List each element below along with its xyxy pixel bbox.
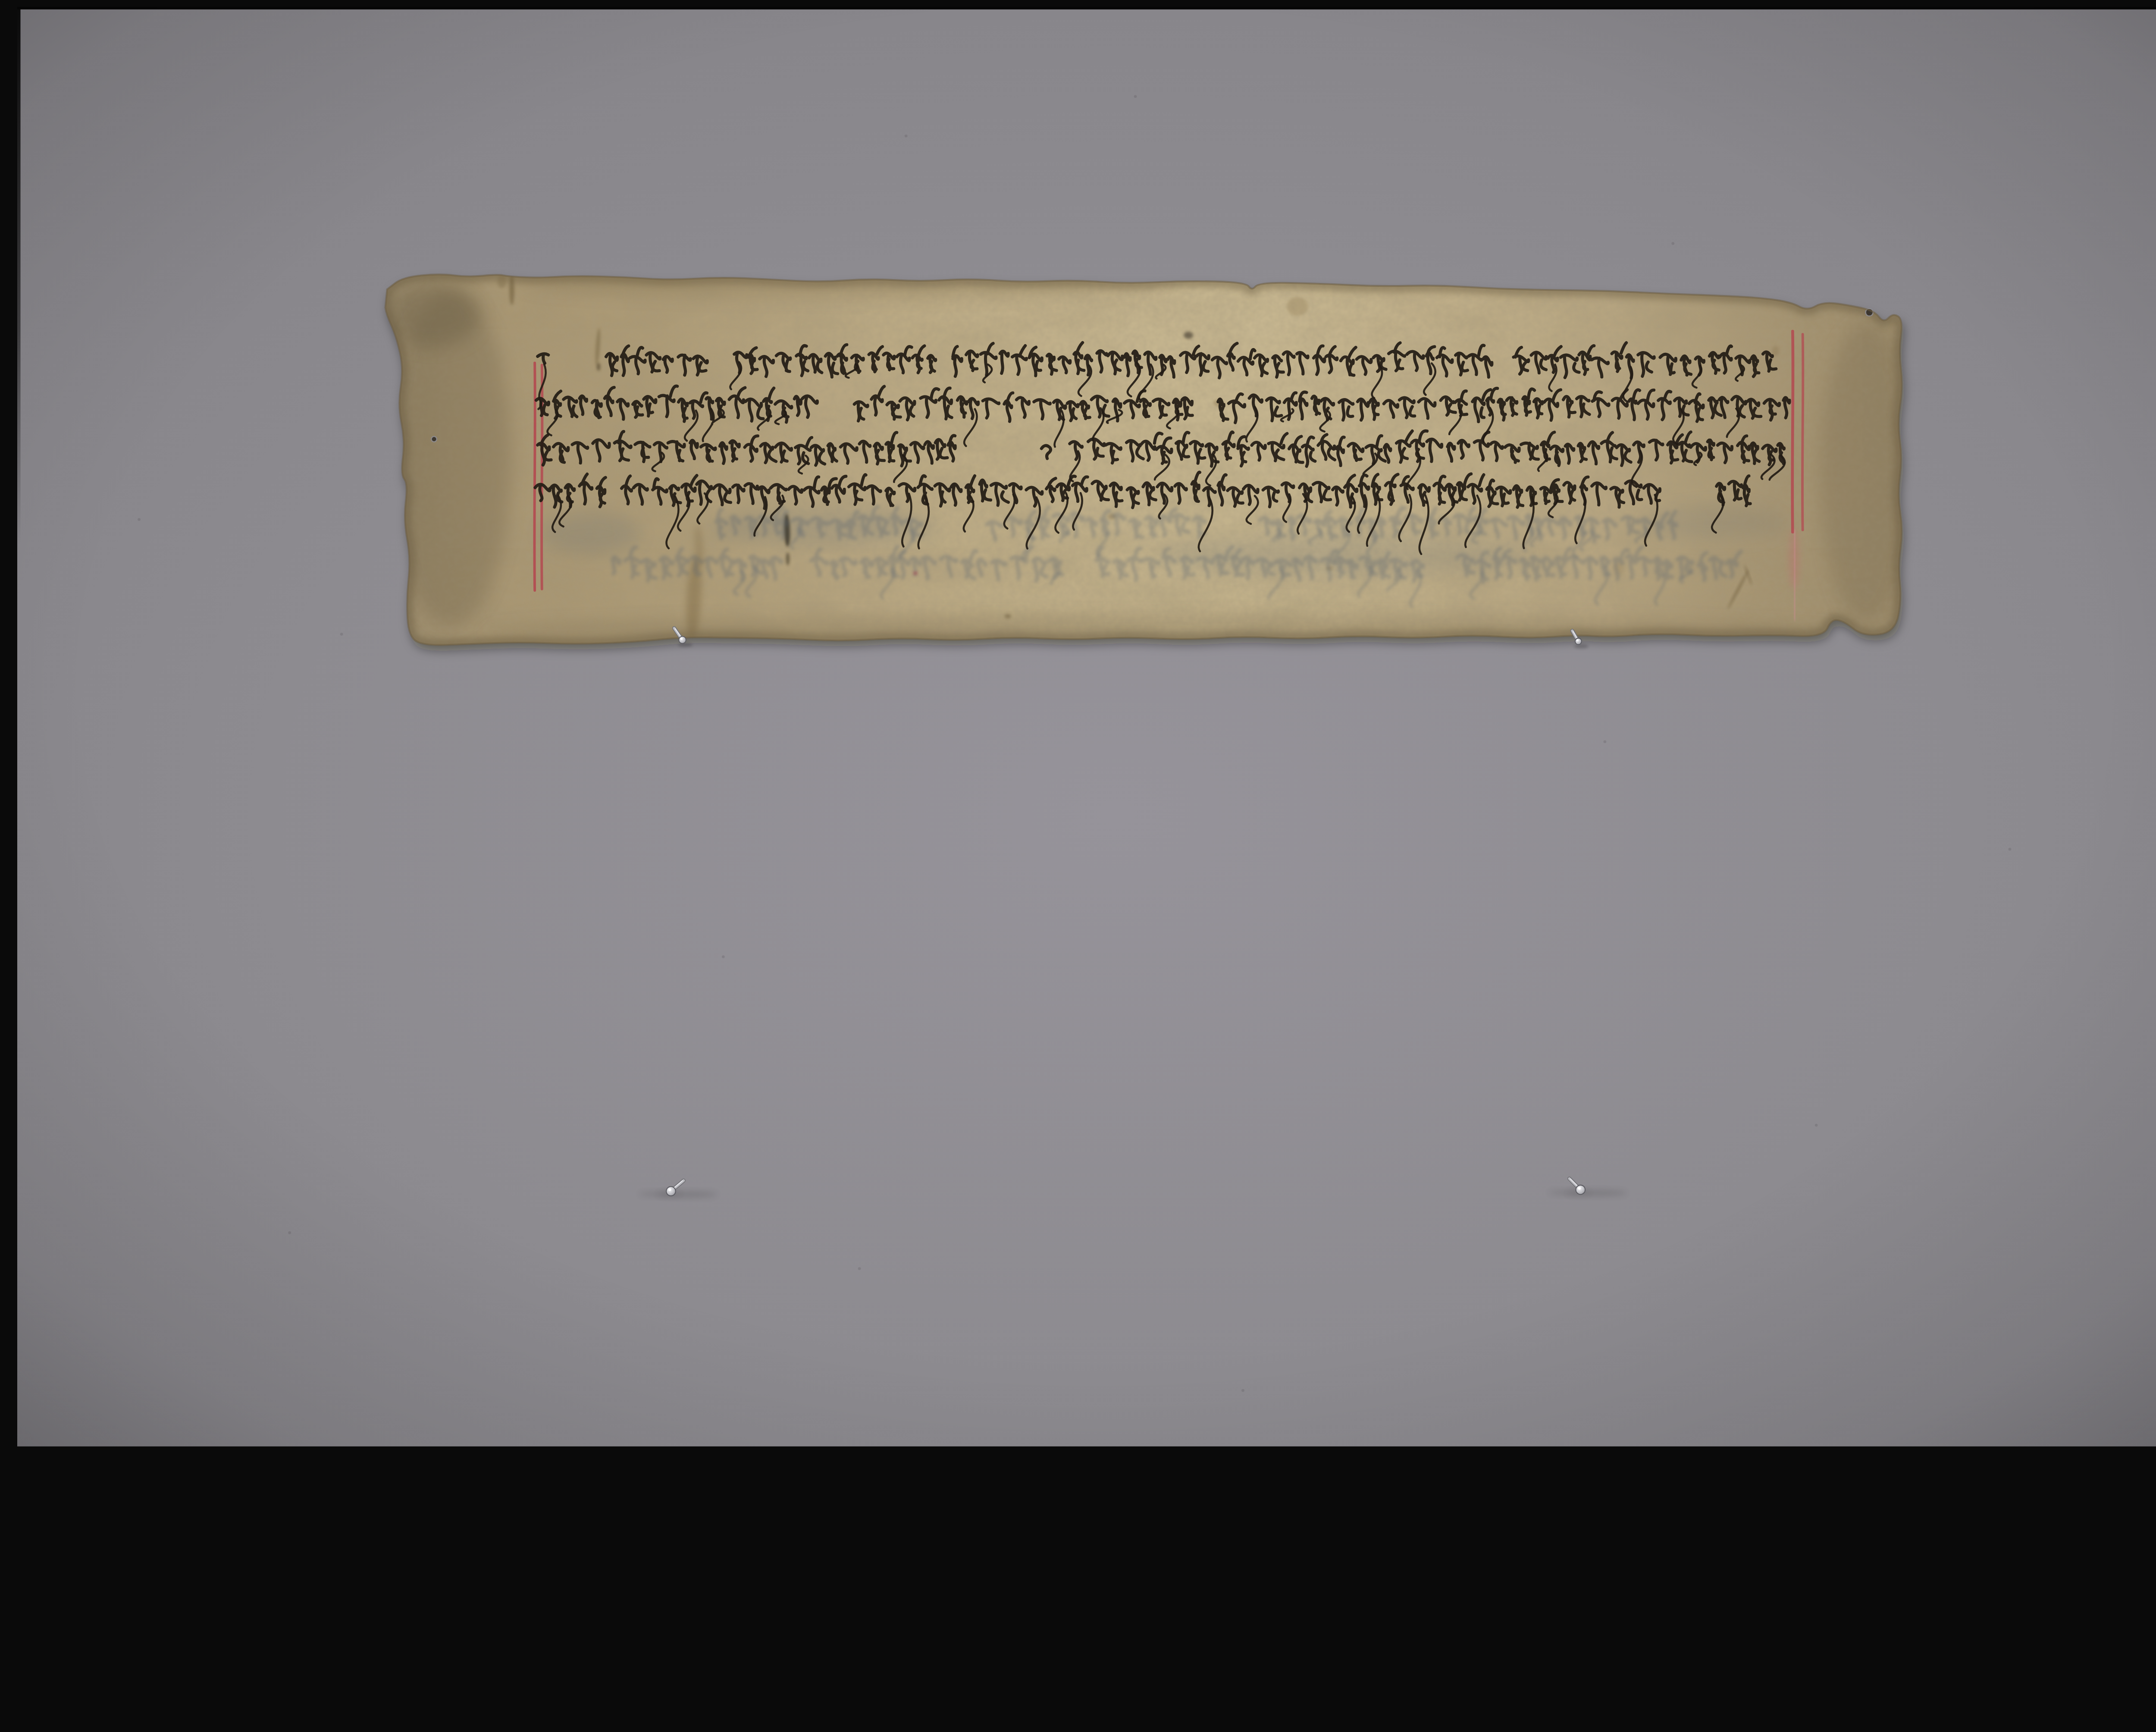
photo-vignette: [17, 7, 2156, 1446]
manuscript-photograph: [17, 7, 2156, 1446]
photo-canvas: [17, 7, 2156, 1446]
